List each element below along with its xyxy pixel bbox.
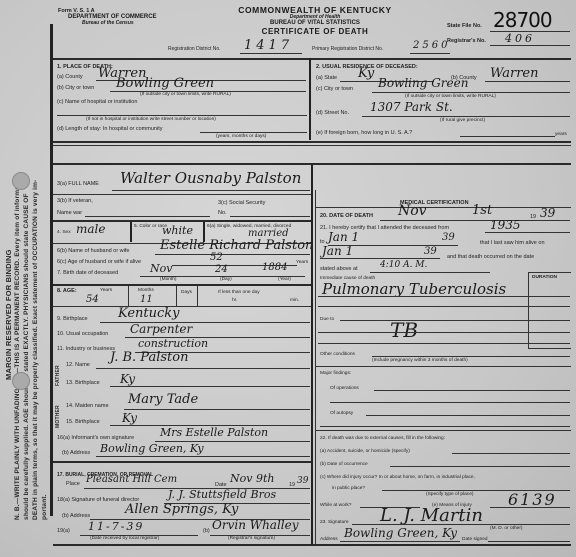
- column-divider: [311, 165, 313, 545]
- section-rule: [53, 145, 571, 146]
- last-seen-label: that I last saw him alive on: [480, 240, 545, 246]
- reg-district-value: 1417: [244, 38, 293, 53]
- external-label: 22. If death was due to external causes,…: [320, 436, 445, 441]
- birth-day: 24: [215, 264, 228, 275]
- where-label: (c) Where did injury occur? In or about …: [320, 475, 475, 480]
- other-label: Other conditions: [320, 352, 355, 357]
- birth-month-note: (Month): [160, 277, 177, 282]
- age-years-label: Years: [100, 288, 112, 293]
- rule: [390, 466, 570, 467]
- res-foreign-unit: years: [555, 132, 567, 137]
- binding-margin: MARGIN RESERVED FOR BINDING N. B.—WRITE …: [0, 0, 50, 557]
- age-months-label: Months: [138, 288, 154, 293]
- date-death-month: Nov: [398, 203, 427, 219]
- rule: [316, 207, 571, 208]
- age-lessday-label: If less than one day: [218, 290, 260, 295]
- veteran-label: 3(b) If veteran,: [57, 198, 93, 204]
- age-years-value: 54: [86, 294, 99, 305]
- rule: [320, 258, 440, 259]
- mother-birthplace-label: 15. Birthplace: [66, 419, 100, 425]
- form-border-left: [50, 24, 53, 516]
- bureau-census: Bureau of the Census: [82, 20, 134, 26]
- address-label: Address: [320, 537, 338, 542]
- rule: [57, 115, 307, 116]
- rule: [460, 136, 555, 137]
- date-death-day: 1st: [472, 203, 492, 218]
- rule: [53, 461, 311, 463]
- rule: [112, 190, 310, 191]
- received-value: 11-7-39: [88, 520, 144, 533]
- md-note: (M. D. or other): [490, 526, 523, 531]
- county-label: (a) County: [57, 74, 83, 80]
- other-note: (Include pregnancy within 3 months of de…: [372, 358, 468, 363]
- registrar-sig-label: (b): [203, 528, 210, 534]
- date-death-year: 39: [540, 206, 555, 220]
- rule: [85, 216, 210, 217]
- rule: [96, 456, 310, 457]
- occupation-value: Carpenter: [130, 322, 192, 336]
- registrar-sig-value: Orvin Whalley: [212, 518, 299, 532]
- attended-from: 1935: [490, 218, 521, 232]
- res-city-value: Bowling Green: [378, 76, 468, 90]
- rule: [53, 194, 311, 195]
- burial-date-value: Nov 9th: [230, 472, 274, 485]
- autopsy-label: Of autopsy: [330, 411, 353, 416]
- birth-label: 7. Birth date of deceased: [57, 270, 118, 276]
- rule: [485, 81, 570, 82]
- rule: [318, 332, 570, 333]
- signed-label: Date signed: [462, 537, 488, 542]
- informant-label: 16(a) Informant's own signature: [57, 435, 134, 441]
- res-city-note: (If outside city or town limits, write R…: [405, 94, 496, 99]
- rule: [96, 368, 310, 369]
- rule: [352, 524, 570, 525]
- father-birthplace-value: Ky: [120, 372, 135, 386]
- rule: [340, 320, 570, 321]
- last-seen-year: 39: [424, 246, 437, 257]
- res-state-label: (a) State: [316, 75, 337, 81]
- top-rule: [53, 58, 571, 60]
- last-seen-value: Jan 1: [322, 244, 353, 258]
- divider: [130, 222, 132, 242]
- spouse-label: 6(b) Name of husband or wife: [57, 248, 129, 254]
- rule: [372, 92, 570, 93]
- rule: [110, 386, 310, 387]
- birth-day-note: (Day): [220, 277, 232, 282]
- death-occurred-label: and that death occurred on the date: [447, 254, 534, 260]
- instruction-line-4: portant.: [41, 494, 48, 520]
- duration-box: [528, 272, 571, 349]
- birthplace-value: Kentucky: [118, 306, 180, 321]
- full-name-label: 3(a) FULL NAME: [57, 181, 99, 187]
- industry-value: construction: [138, 337, 208, 350]
- age-label: 8. AGE:: [57, 288, 77, 294]
- due-to-value: TB: [390, 318, 418, 342]
- major-label: Major findings:: [320, 371, 351, 376]
- duration-label: DURATION: [532, 275, 557, 280]
- state-file-label: State File No.: [447, 23, 482, 29]
- sex-value: male: [76, 222, 105, 236]
- binding-note: MARGIN RESERVED FOR BINDING: [4, 249, 13, 380]
- full-name-value: Walter Ousnaby Palston: [120, 169, 301, 187]
- divider: [128, 286, 129, 306]
- specify-note: (Specify type of place): [426, 492, 473, 497]
- section-rule: [53, 141, 571, 143]
- work-label: While at work?: [320, 503, 351, 508]
- rule: [320, 426, 570, 427]
- stay-note: (years, months or days): [216, 134, 266, 139]
- registrar-no-value: 406: [505, 32, 535, 45]
- father-birthplace-label: 13. Birthplace: [66, 380, 100, 386]
- mother-birthplace-value: Ky: [122, 411, 137, 425]
- ssn-label: 3(c) Social Security: [218, 200, 265, 206]
- spouse-value: Estelle Richard Palston: [160, 238, 313, 253]
- director-addr-value: Allen Springs, Ky: [125, 502, 238, 517]
- divider: [197, 286, 198, 306]
- age-hr: hr.: [232, 298, 237, 303]
- column-divider-inner: [315, 190, 316, 544]
- city-note: (If outside city or town limits, write R…: [140, 92, 231, 97]
- primary-district-value: 2560: [413, 40, 450, 51]
- director-addr-label: (b) Address: [62, 513, 90, 519]
- spouse-age-unit: Years: [296, 260, 308, 265]
- rule: [362, 116, 570, 117]
- birth-month: Nov: [150, 262, 172, 275]
- rule: [230, 216, 310, 217]
- binding-hole: [12, 372, 30, 390]
- res-city-label: (c) City or town: [316, 86, 353, 92]
- public-label: in public place?: [332, 486, 365, 491]
- rule: [330, 402, 570, 403]
- received-note: (Date received by local registrar): [90, 536, 159, 541]
- burial-place-value: Pleasant Hill Cem: [86, 474, 177, 485]
- rule: [374, 390, 570, 391]
- res-state-value: Ky: [358, 66, 374, 81]
- divider: [176, 286, 177, 306]
- rule: [370, 272, 490, 273]
- burial-year-value: 39: [297, 476, 308, 486]
- rule: [200, 132, 307, 133]
- bureau-vital: BUREAU OF VITAL STATISTICS: [215, 20, 415, 26]
- occupation-label: 10. Usual occupation: [57, 331, 108, 337]
- spouse-age-value: 52: [210, 252, 223, 263]
- stated-label: stated above at: [320, 266, 358, 272]
- rule: [372, 356, 570, 357]
- birth-year: 1884: [262, 262, 287, 273]
- industry-label: 11. Industry or business: [57, 346, 115, 352]
- death-certificate: MARGIN RESERVED FOR BINDING N. B.—WRITE …: [0, 0, 576, 557]
- mother-maiden-value: Mary Tade: [128, 392, 198, 407]
- rule: [53, 163, 571, 165]
- birth-year-note: (Year): [278, 277, 291, 282]
- due-to-label: Due to: [320, 317, 334, 322]
- instruction-line-2: should be carefully supplied. AGE should…: [23, 193, 30, 520]
- rule: [410, 53, 450, 54]
- rule: [240, 53, 302, 54]
- rule: [380, 220, 570, 221]
- certificate-title: CERTIFICATE OF DEATH: [215, 27, 415, 36]
- father-name-label: 12. Name: [66, 362, 90, 368]
- director-value: J. J. Stuttsfield Bros: [168, 488, 276, 501]
- birthplace-label: 9. Birthplace: [57, 316, 88, 322]
- rule: [485, 232, 570, 233]
- res-county-value: Warren: [490, 66, 538, 81]
- operations-label: Of operations: [330, 386, 359, 391]
- veteran-name-label: Name war: [57, 210, 82, 216]
- informant-addr-label: (b) Address: [62, 450, 90, 456]
- burial-place-label: Place: [66, 481, 80, 487]
- father-tag: FATHER: [55, 365, 61, 386]
- attended-to: Jan 1: [328, 230, 359, 244]
- stay-label: (d) Length of stay: In hospital or commu…: [57, 126, 162, 132]
- color-value: white: [162, 224, 193, 237]
- registrar-sig-note: (Registrar's signature): [228, 536, 275, 541]
- age-months-value: 11: [140, 294, 153, 305]
- rule: [318, 343, 570, 344]
- hospital-label: (c) Name of hospital or institution: [57, 99, 137, 105]
- column-divider: [309, 58, 311, 140]
- date-death-label: 20. DATE OF DEATH: [320, 213, 373, 219]
- city-value: Bowling Green: [116, 76, 214, 91]
- primary-district-label: Primary Registration District No.: [312, 46, 383, 52]
- res-street-value: 1307 Park St.: [370, 100, 453, 114]
- ssn-no-label: No.: [218, 210, 227, 216]
- occurrence-label: (b) Date of occurrence: [320, 462, 368, 467]
- accident-label: (a) Accident, suicide, or homicide (spec…: [320, 449, 410, 454]
- rule: [53, 306, 311, 307]
- rule: [340, 541, 460, 542]
- informant-addr-value: Bowling Green, Ky: [100, 442, 204, 455]
- res-street-note: (If rural give precinct): [440, 118, 485, 123]
- rule: [490, 507, 570, 508]
- rule: [316, 430, 571, 431]
- spouse-age-label: 6(c) Age of husband or wife if alive: [57, 259, 141, 265]
- informant-value: Mrs Estelle Palston: [160, 426, 268, 439]
- attended-to-year: 39: [442, 232, 455, 243]
- rule: [124, 409, 310, 410]
- received-label: 19(a): [57, 528, 70, 534]
- rule: [452, 453, 570, 454]
- mother-maiden-label: 14. Maiden name: [66, 403, 109, 409]
- rule: [366, 415, 570, 416]
- rule: [53, 284, 311, 286]
- binding-hole: [12, 172, 30, 190]
- registrar-no-label: Registrar's No.: [447, 38, 486, 44]
- sex-label: 4. Sex: [57, 230, 71, 235]
- father-name-value: J. B. Palston: [110, 350, 188, 365]
- rule: [488, 541, 570, 542]
- city-label: (b) City or town: [57, 85, 94, 91]
- res-foreign-label: (e) If foreign born, how long in U. S. A…: [316, 130, 412, 136]
- instruction-line-3: DEATH in plain terms, so that it may be …: [32, 180, 39, 520]
- mother-tag: MOTHER: [55, 405, 61, 428]
- res-street-label: (d) Street No.: [316, 110, 349, 116]
- rule: [490, 45, 570, 46]
- instruction-line-1: N. B.—WRITE PLAINLY WITH UNFADING INK—TH…: [14, 173, 21, 520]
- signature-value: L. J. Martin: [380, 505, 483, 526]
- age-days-label: Days: [181, 290, 192, 295]
- state-file-number: 28700: [493, 8, 552, 32]
- rule: [318, 306, 570, 307]
- rule: [316, 366, 571, 367]
- reg-district-label: Registration District No.: [168, 46, 221, 52]
- age-min: min.: [290, 298, 299, 303]
- hospital-note: (If not in hospital or institution write…: [86, 117, 216, 122]
- address-value: Bowling Green, Ky: [344, 526, 457, 540]
- signature-label: 23. Signature: [320, 520, 349, 525]
- rule: [155, 254, 310, 255]
- time-value: 4:10 A. M.: [380, 260, 427, 270]
